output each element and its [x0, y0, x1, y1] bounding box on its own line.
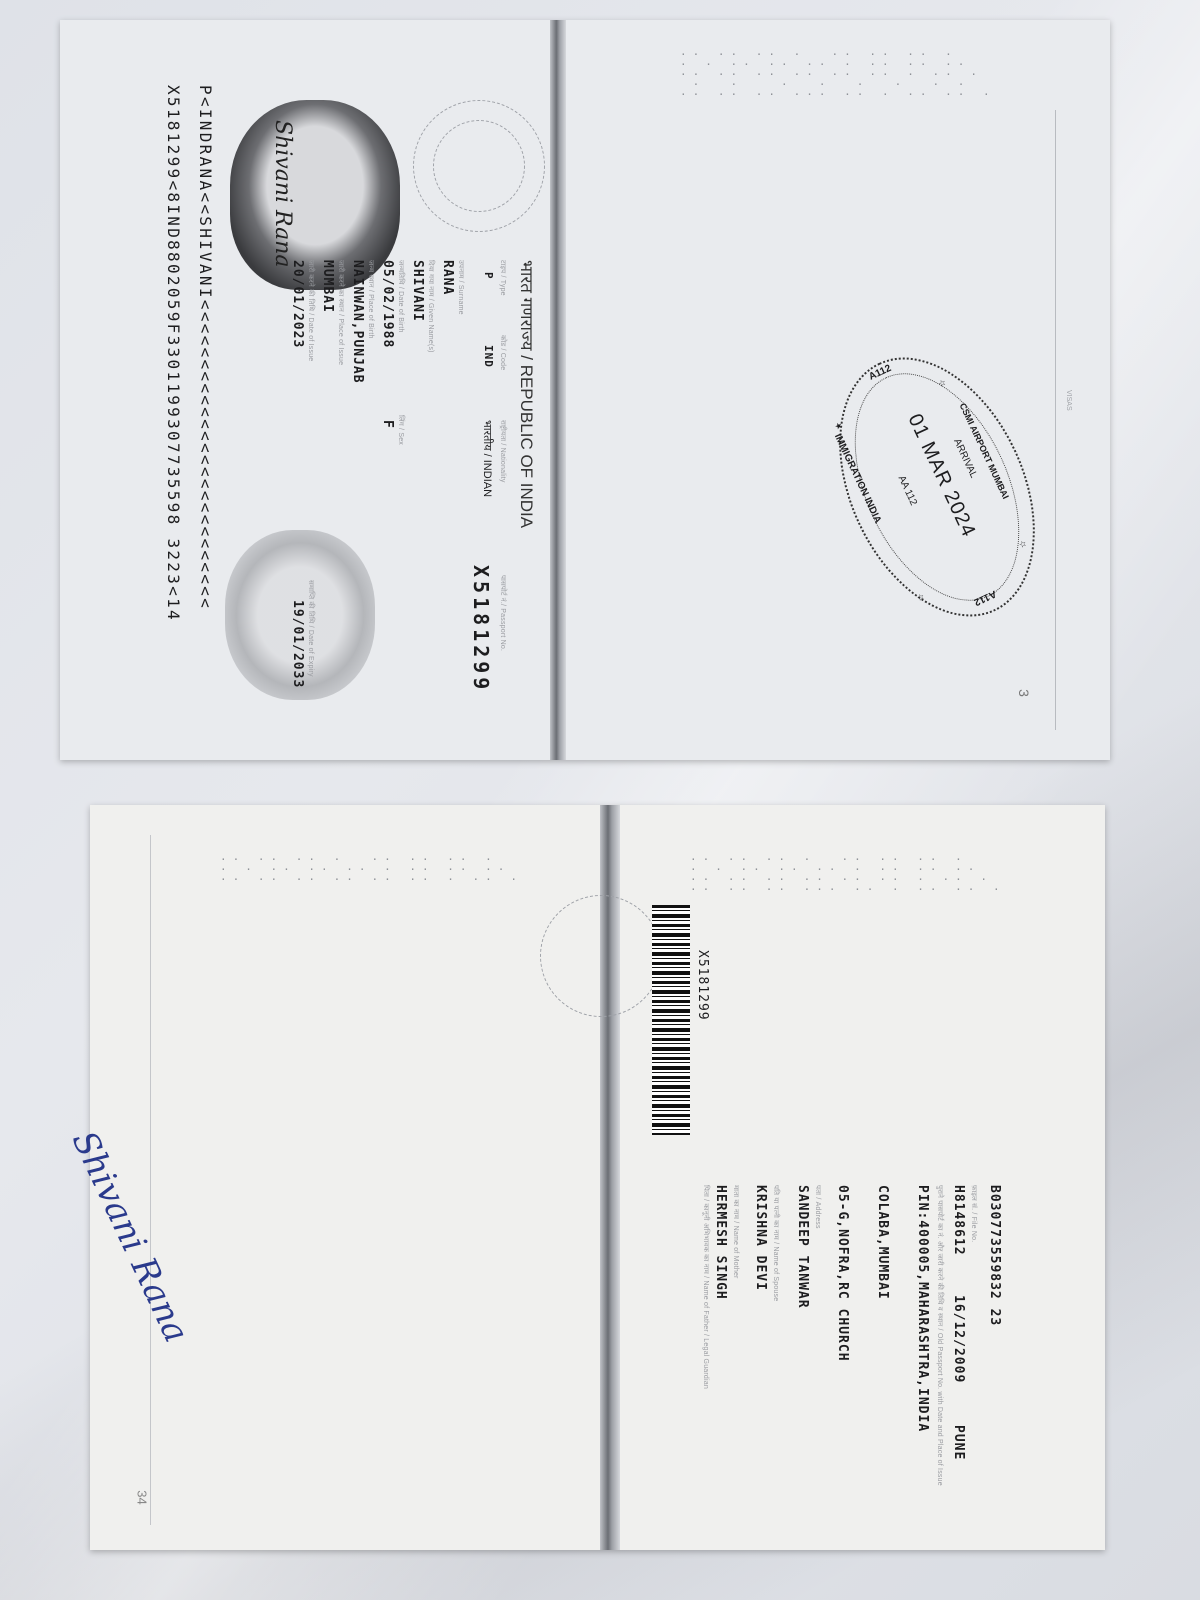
page-margin-line: [150, 835, 151, 1525]
address-line-2: COLABA,MUMBAI: [875, 1185, 890, 1300]
barcode-text: X5181299: [695, 950, 710, 1021]
spouse-name: SANDEEP TANWAR: [795, 1185, 810, 1309]
mrz-line-2: X5181299<8IND8802059F3301199307735598 32…: [164, 85, 183, 622]
file-number: B030773559832 23: [987, 1185, 1002, 1326]
surname-label: उपनाम / Surname: [456, 260, 465, 315]
perforated-number: ·· ·· ·· · ·· ·· ·· · · · ·· ·· ·· · ·· …: [690, 855, 1006, 895]
passport-number: X5181299: [469, 565, 493, 693]
old-passport-label: पुराने पासपोर्ट का नं. और जारी करने की त…: [935, 1185, 944, 1486]
mrz-line-1: P<INDRANA<<SHIVANI<<<<<<<<<<<<<<<<<<<<<<…: [196, 85, 215, 610]
emblem-guilloche-inner: [433, 120, 525, 212]
old-passport-place: PUNE: [951, 1425, 966, 1460]
country-header: भारत गणराज्य / REPUBLIC OF INDIA: [516, 260, 539, 528]
surname-value: RANA: [440, 260, 455, 295]
passport-no-label: पासपोर्ट नं./ Passport No.: [498, 575, 507, 651]
date-of-expiry-label: समाप्ति की तिथि / Date of Expiry: [306, 580, 315, 677]
visas-margin-text: VISAS: [1065, 390, 1072, 411]
address-line-3: PIN:400005,MAHARASHTRA,INDIA: [915, 1185, 930, 1432]
holder-signature-ink: Shivani Rana: [64, 1125, 197, 1349]
sex-value: F: [380, 420, 395, 429]
mother-label: माता का नाम / Name of Mother: [731, 1185, 740, 1279]
type-value: P: [482, 272, 495, 280]
immigration-stamp: IMMIGRATION INDIA AA 112 01 MAR 2024 ARR…: [800, 326, 1073, 648]
address-label: पता / Address: [813, 1185, 822, 1229]
old-passport-date: 16/12/2009: [951, 1295, 966, 1383]
passport-barcode: [652, 905, 690, 1135]
perforated-number: ·· ·· ·· · ·· ·· ·· · · · ·· ·· ·· · ·· …: [220, 855, 523, 885]
given-names-value: SHIVANI: [410, 260, 425, 322]
page-margin-line: [1055, 110, 1056, 730]
star-outline-icon: ☆: [914, 588, 926, 604]
passport-data-spread: भारत गणराज्य / REPUBLIC OF INDIA टाइप / …: [60, 20, 1110, 760]
date-of-issue-label: जारी करने की तिथि / Date of Issue: [306, 260, 315, 361]
old-passport-number: H8148612: [951, 1185, 966, 1256]
code-value: IND: [482, 345, 495, 368]
personal-particulars: पिता / कानूनी अभिभावक का नाम / Name of F…: [670, 1185, 990, 1545]
type-label: टाइप / Type: [498, 260, 507, 296]
mother-name: KRISHNA DEVI: [753, 1185, 768, 1291]
place-of-issue-label: जारी करने का स्थान / Place of Issue: [336, 260, 345, 365]
place-of-birth-label: जन्म स्थान / Place of Birth: [366, 260, 375, 339]
sex-label: लिंग / Sex: [396, 415, 405, 445]
nationality-label: राष्ट्रीयता / Nationality: [498, 420, 507, 483]
place-of-issue-value: MUMBAI: [320, 260, 335, 313]
file-no-label: फ़ाइल सं. / File No.: [969, 1185, 978, 1242]
code-label: कोड / Code: [498, 335, 507, 370]
place-of-birth-value: NAINWAN,PUNJAB: [350, 260, 365, 384]
perforated-number: ·· ·· ·· · ·· ·· ·· · · · ·· ·· ·· · ·· …: [680, 50, 996, 100]
star-icon: ★: [832, 417, 844, 433]
address-line-1: 05-G,NOFRA,RC CHURCH: [835, 1185, 850, 1362]
page-number-34: 34: [135, 1490, 150, 1504]
holder-signature-print: Shivani Rana: [270, 120, 295, 268]
father-label: पिता / कानूनी अभिभावक का नाम / Name of F…: [701, 1185, 710, 1389]
dob-label: जन्मतिथि / Date of Birth: [396, 260, 405, 333]
date-of-expiry-value: 19/01/2033: [290, 600, 305, 688]
page-number-3: 3: [1016, 689, 1032, 697]
given-names-label: दिया गया नाम / Given Name(s): [426, 260, 435, 353]
emblem-guilloche: [540, 895, 662, 1017]
father-name: HERMESH SINGH: [713, 1185, 728, 1300]
nationality-value: भारतीय / INDIAN: [480, 420, 495, 497]
passport-back-spread: ·· ·· ·· · ·· ·· ·· · · · ·· ·· ·· · ·· …: [90, 805, 1105, 1550]
dob-value: 05/02/1988: [380, 260, 395, 348]
spine-fold: [550, 20, 566, 760]
data-page: भारत गणराज्य / REPUBLIC OF INDIA टाइप / …: [105, 60, 545, 760]
date-of-issue-value: 20/01/2023: [290, 260, 305, 348]
spouse-label: पति या पत्नी का नाम / Name of Spouse: [771, 1185, 780, 1301]
